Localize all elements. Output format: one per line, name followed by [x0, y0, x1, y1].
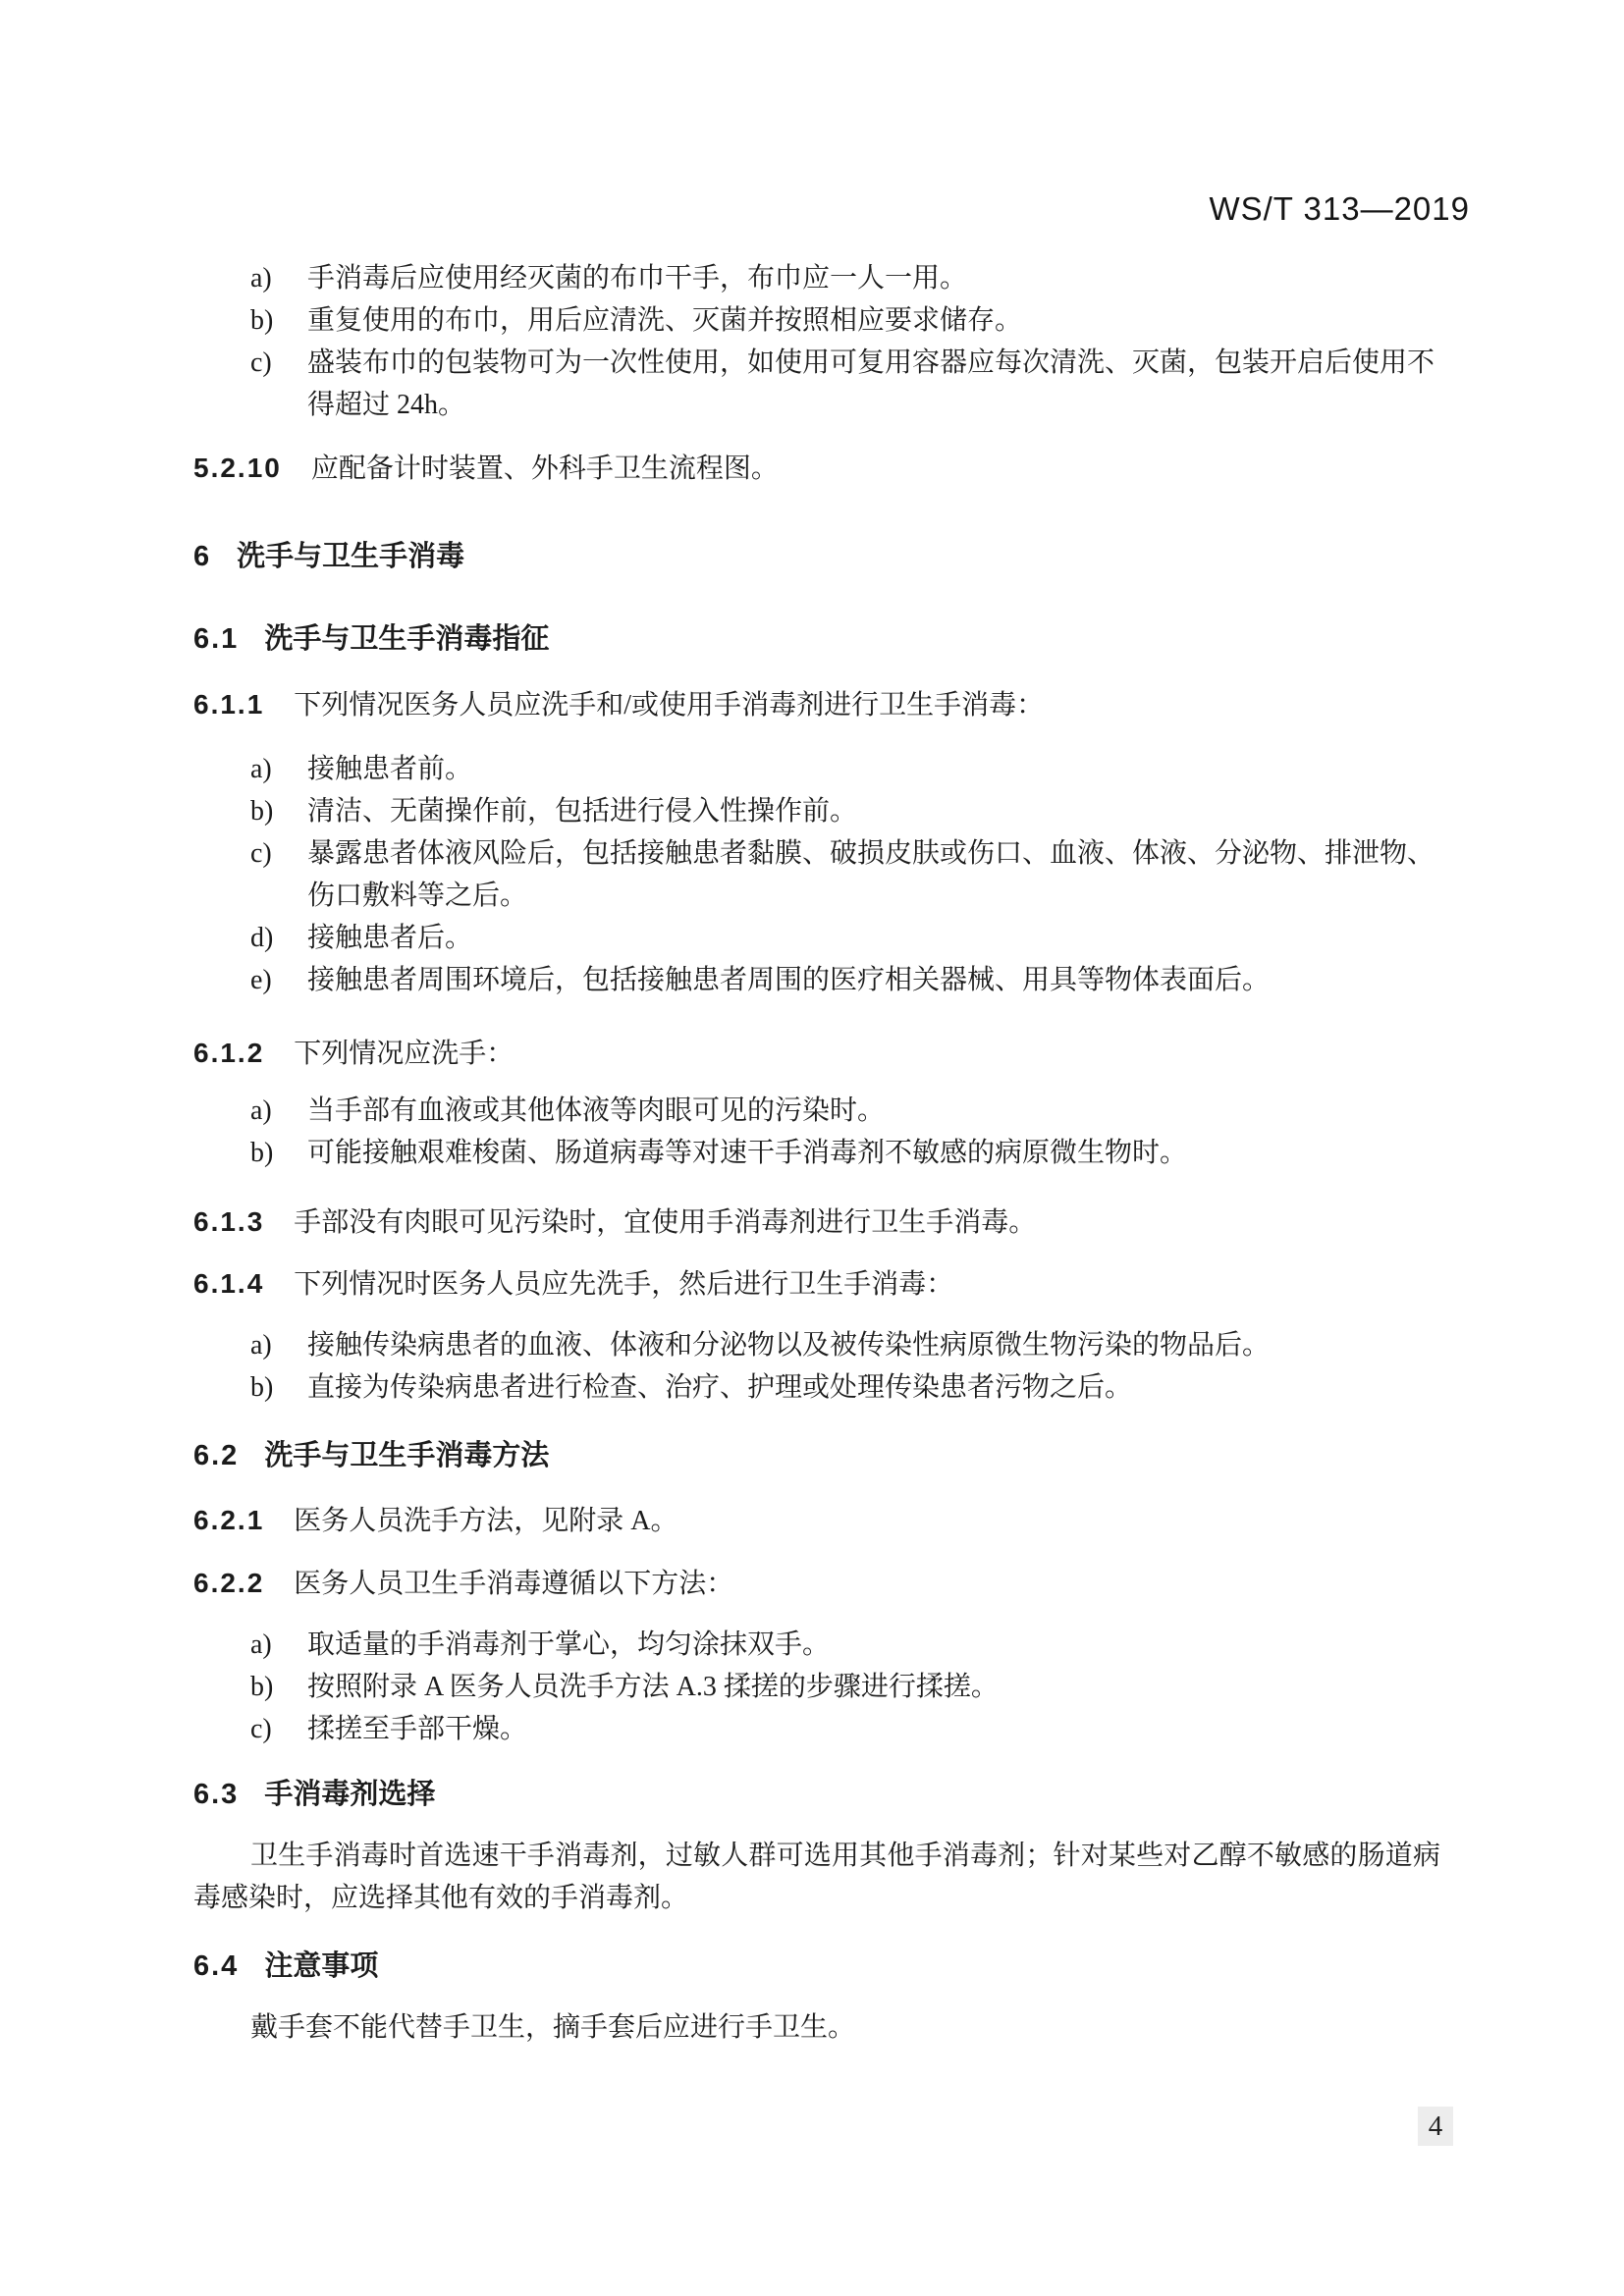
- list-6-1-1: a) 接触患者前。 b) 清洁、无菌操作前，包括进行侵入性操作前。 c) 暴露患…: [193, 748, 1440, 1001]
- list-item: b) 按照附录 A 医务人员洗手方法 A.3 揉搓的步骤进行揉搓。: [250, 1666, 1440, 1708]
- list-item: c) 揉搓至手部干燥。: [250, 1708, 1440, 1750]
- heading-number: 6: [193, 541, 211, 572]
- list-6-2-2: a) 取适量的手消毒剂于掌心，均匀涂抹双手。 b) 按照附录 A 医务人员洗手方…: [193, 1624, 1440, 1750]
- list-item: a) 接触患者前。: [250, 748, 1440, 790]
- clause-number: 6.1.4: [193, 1268, 264, 1299]
- list-item-label: a): [250, 1090, 307, 1132]
- list-item-text: 盛装布巾的包装物可为一次性使用，如使用可复用容器应每次清洗、灭菌，包装开启后使用…: [307, 342, 1440, 426]
- list-item: b) 可能接触艰难梭菌、肠道病毒等对速干手消毒剂不敏感的病原微生物时。: [250, 1132, 1440, 1174]
- list-item: c) 暴露患者体液风险后，包括接触患者黏膜、破损皮肤或伤口、血液、体液、分泌物、…: [250, 832, 1440, 917]
- heading-title: 洗手与卫生手消毒指征: [264, 623, 549, 655]
- list-item: c) 盛装布巾的包装物可为一次性使用，如使用可复用容器应每次清洗、灭菌，包装开启…: [250, 342, 1440, 426]
- list-item-text: 暴露患者体液风险后，包括接触患者黏膜、破损皮肤或伤口、血液、体液、分泌物、排泄物…: [307, 832, 1440, 917]
- list-item-text: 可能接触艰难梭菌、肠道病毒等对速干手消毒剂不敏感的病原微生物时。: [307, 1132, 1440, 1174]
- list-item: a) 接触传染病患者的血液、体液和分泌物以及被传染性病原微生物污染的物品后。: [250, 1324, 1440, 1366]
- paragraph-6-4: 戴手套不能代替手卫生，摘手套后应进行手卫生。: [193, 2006, 1440, 2049]
- list-item: b) 直接为传染病患者进行检查、治疗、护理或处理传染患者污物之后。: [250, 1366, 1440, 1409]
- heading-title: 注意事项: [264, 1950, 378, 1982]
- document-page: WS/T 313—2019 a) 手消毒后应使用经灭菌的布巾干手，布巾应一人一用…: [0, 0, 1624, 2296]
- list-item-text: 接触患者周围环境后，包括接触患者周围的医疗相关器械、用具等物体表面后。: [307, 959, 1440, 1001]
- list-item-text: 揉搓至手部干燥。: [307, 1708, 1440, 1750]
- section-heading-6-2: 6.2洗手与卫生手消毒方法: [193, 1435, 1440, 1477]
- list-item: b) 重复使用的布巾，用后应清洗、灭菌并按照相应要求储存。: [250, 299, 1440, 342]
- list-item: d) 接触患者后。: [250, 917, 1440, 959]
- intro-list: a) 手消毒后应使用经灭菌的布巾干手，布巾应一人一用。 b) 重复使用的布巾，用…: [193, 257, 1440, 426]
- clause-6-1-3: 6.1.3手部没有肉眼可见污染时，宜使用手消毒剂进行卫生手消毒。: [193, 1201, 1440, 1244]
- list-item-text: 直接为传染病患者进行检查、治疗、护理或处理传染患者污物之后。: [307, 1366, 1440, 1409]
- clause-number: 6.1.2: [193, 1038, 264, 1068]
- list-6-1-2: a) 当手部有血液或其他体液等肉眼可见的污染时。 b) 可能接触艰难梭菌、肠道病…: [193, 1090, 1440, 1174]
- clause-text: 医务人员洗手方法，见附录 A。: [294, 1506, 677, 1536]
- clause-6-1-4: 6.1.4下列情况时医务人员应先洗手，然后进行卫生手消毒：: [193, 1262, 1440, 1306]
- heading-title: 洗手与卫生手消毒: [237, 541, 464, 572]
- clause-number: 6.1.3: [193, 1206, 264, 1237]
- section-heading-6-1: 6.1洗手与卫生手消毒指征: [193, 618, 1440, 661]
- list-item-text: 接触患者前。: [307, 748, 1440, 790]
- list-6-1-4: a) 接触传染病患者的血液、体液和分泌物以及被传染性病原微生物污染的物品后。 b…: [193, 1324, 1440, 1409]
- list-item-label: b): [250, 1666, 307, 1708]
- section-heading-6-3: 6.3手消毒剂选择: [193, 1774, 1440, 1816]
- list-item: b) 清洁、无菌操作前，包括进行侵入性操作前。: [250, 790, 1440, 832]
- list-item-text: 手消毒后应使用经灭菌的布巾干手，布巾应一人一用。: [307, 257, 1440, 299]
- clause-number: 6.2.1: [193, 1505, 264, 1535]
- list-item-text: 重复使用的布巾，用后应清洗、灭菌并按照相应要求储存。: [307, 299, 1440, 342]
- section-heading-6-4: 6.4注意事项: [193, 1946, 1440, 1988]
- list-item-label: b): [250, 1132, 307, 1174]
- list-item-label: c): [250, 832, 307, 917]
- page-number: 4: [1418, 2107, 1453, 2146]
- clause-text: 应配备计时装置、外科手卫生流程图。: [311, 454, 779, 484]
- clause-6-1-1: 6.1.1下列情况医务人员应洗手和/或使用手消毒剂进行卫生手消毒：: [193, 683, 1440, 726]
- list-item-text: 清洁、无菌操作前，包括进行侵入性操作前。: [307, 790, 1440, 832]
- clause-6-2-1: 6.2.1医务人员洗手方法，见附录 A。: [193, 1499, 1440, 1542]
- list-item-label: c): [250, 342, 307, 426]
- paragraph-6-3: 卫生手消毒时首选速干手消毒剂，过敏人群可选用其他手消毒剂；针对某些对乙醇不敏感的…: [193, 1835, 1440, 1919]
- list-item: e) 接触患者周围环境后，包括接触患者周围的医疗相关器械、用具等物体表面后。: [250, 959, 1440, 1001]
- heading-number: 6.3: [193, 1779, 239, 1810]
- list-item: a) 手消毒后应使用经灭菌的布巾干手，布巾应一人一用。: [250, 257, 1440, 299]
- list-item-label: b): [250, 1366, 307, 1409]
- clause-text: 医务人员卫生手消毒遵循以下方法：: [294, 1569, 733, 1599]
- page-content: a) 手消毒后应使用经灭菌的布巾干手，布巾应一人一用。 b) 重复使用的布巾，用…: [193, 0, 1440, 2049]
- list-item-label: a): [250, 748, 307, 790]
- list-item-label: a): [250, 1324, 307, 1366]
- heading-number: 6.2: [193, 1440, 239, 1471]
- clause-text: 下列情况应洗手：: [294, 1039, 514, 1069]
- clause-text: 下列情况医务人员应洗手和/或使用手消毒剂进行卫生手消毒：: [294, 690, 1044, 721]
- clause-number: 5.2.10: [193, 453, 282, 483]
- list-item-label: d): [250, 917, 307, 959]
- list-item-label: c): [250, 1708, 307, 1750]
- list-item-label: b): [250, 790, 307, 832]
- list-item-label: b): [250, 299, 307, 342]
- list-item-text: 接触患者后。: [307, 917, 1440, 959]
- list-item-text: 取适量的手消毒剂于掌心，均匀涂抹双手。: [307, 1624, 1440, 1666]
- heading-number: 6.1: [193, 623, 239, 655]
- clause-number: 6.2.2: [193, 1568, 264, 1598]
- clause-6-2-2: 6.2.2医务人员卫生手消毒遵循以下方法：: [193, 1562, 1440, 1605]
- list-item-text: 按照附录 A 医务人员洗手方法 A.3 揉搓的步骤进行揉搓。: [307, 1666, 1440, 1708]
- heading-number: 6.4: [193, 1950, 239, 1982]
- clause-text: 手部没有肉眼可见污染时，宜使用手消毒剂进行卫生手消毒。: [294, 1207, 1036, 1238]
- clause-5-2-10: 5.2.10应配备计时装置、外科手卫生流程图。: [193, 447, 1440, 490]
- list-item-label: a): [250, 1624, 307, 1666]
- heading-title: 手消毒剂选择: [264, 1779, 435, 1810]
- list-item: a) 当手部有血液或其他体液等肉眼可见的污染时。: [250, 1090, 1440, 1132]
- clause-text: 下列情况时医务人员应先洗手，然后进行卫生手消毒：: [294, 1269, 953, 1300]
- list-item: a) 取适量的手消毒剂于掌心，均匀涂抹双手。: [250, 1624, 1440, 1666]
- list-item-text: 接触传染病患者的血液、体液和分泌物以及被传染性病原微生物污染的物品后。: [307, 1324, 1440, 1366]
- list-item-label: a): [250, 257, 307, 299]
- clause-number: 6.1.1: [193, 689, 264, 720]
- chapter-heading-6: 6洗手与卫生手消毒: [193, 536, 1440, 578]
- clause-6-1-2: 6.1.2下列情况应洗手：: [193, 1032, 1440, 1075]
- list-item-label: e): [250, 959, 307, 1001]
- list-item-text: 当手部有血液或其他体液等肉眼可见的污染时。: [307, 1090, 1440, 1132]
- heading-title: 洗手与卫生手消毒方法: [264, 1440, 549, 1471]
